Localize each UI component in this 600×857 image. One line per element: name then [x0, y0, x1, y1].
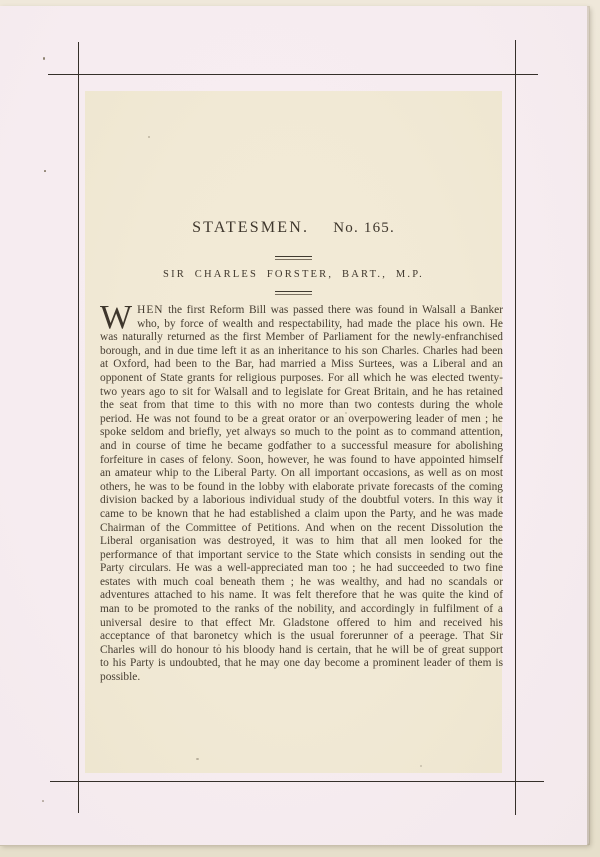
paper-speck	[345, 412, 347, 414]
article-text: the first Reform Bill was passed there w…	[100, 304, 503, 683]
paper-speck	[44, 170, 46, 172]
page-right-edge	[587, 6, 590, 845]
series-heading: STATESMEN.No. 165.	[85, 91, 502, 237]
paper-speck	[196, 758, 199, 760]
frame-rule-right	[515, 40, 516, 815]
lead-in-caps: HEN	[137, 304, 163, 316]
scanned-sheet: STATESMEN.No. 165. SIR CHARLES FORSTER, …	[0, 0, 600, 857]
paper-speck	[42, 800, 44, 802]
paper-speck	[148, 136, 150, 138]
frame-rule-top	[48, 74, 538, 75]
series-number: No. 165.	[333, 220, 395, 236]
series-title: STATESMEN.	[192, 219, 309, 236]
paper-speck	[420, 765, 422, 767]
ornamental-rule-bottom	[275, 291, 312, 295]
page-bottom-edge	[0, 845, 589, 846]
frame-rule-bottom	[50, 781, 544, 782]
subject-title: SIR CHARLES FORSTER, BART., M.P.	[85, 269, 502, 280]
ornamental-rule-top	[275, 256, 312, 260]
paper-speck	[218, 644, 220, 646]
frame-rule-left	[78, 42, 79, 813]
article-body: WHEN the first Reform Bill was passed th…	[100, 304, 503, 685]
drop-cap-initial: W	[100, 304, 137, 331]
plate-area: STATESMEN.No. 165. SIR CHARLES FORSTER, …	[85, 91, 502, 773]
paper-speck	[43, 57, 45, 60]
